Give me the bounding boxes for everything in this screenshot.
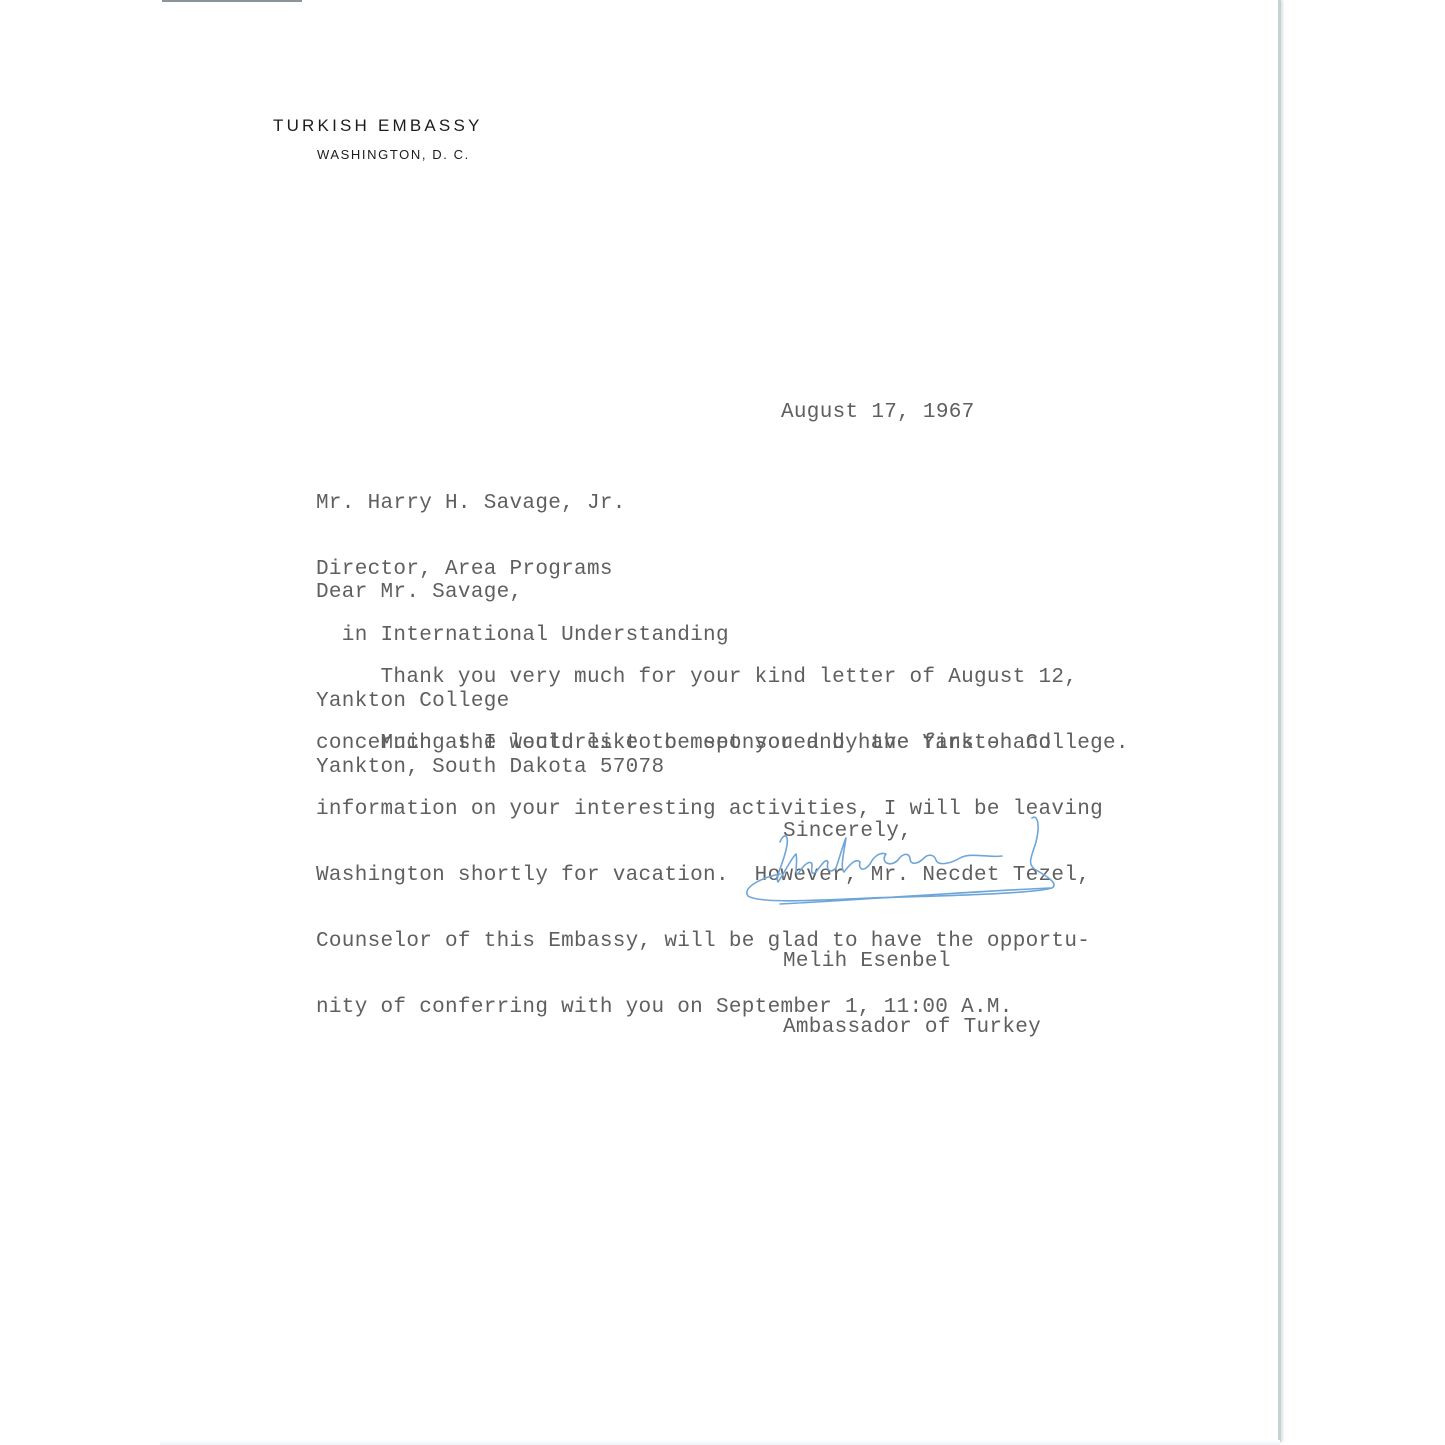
address-line: Director, Area Programs [316, 559, 729, 581]
salutation: Dear Mr. Savage, [316, 582, 522, 604]
page-bottom-edge [160, 1440, 1280, 1445]
letterhead-organization: TURKISH EMBASSY [273, 116, 483, 136]
signer-name: Melih Esenbel [783, 951, 1041, 973]
address-line: Mr. Harry H. Savage, Jr. [316, 493, 729, 515]
paragraph-line: Thank you very much for your kind letter… [316, 667, 1129, 689]
signer-title: Ambassador of Turkey [783, 1017, 1041, 1039]
letter-date: August 17, 1967 [781, 402, 975, 424]
signature-icon [740, 812, 1070, 912]
letterhead-location: WASHINGTON, D. C. [317, 147, 470, 162]
paragraph-line: Much as I would like to meet you and hav… [316, 733, 1103, 755]
signer-block: Melih Esenbel Ambassador of Turkey [783, 907, 1041, 1061]
page-top-edge [162, 0, 302, 2]
